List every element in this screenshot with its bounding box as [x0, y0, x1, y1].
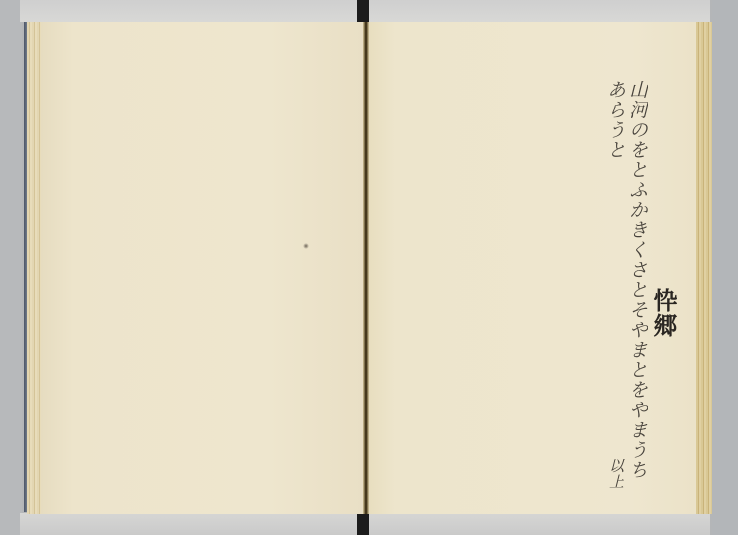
background-left	[0, 0, 22, 535]
left-page	[41, 22, 363, 514]
left-page-edges	[27, 22, 41, 514]
binding-clip-top	[357, 0, 369, 22]
background-right	[712, 0, 738, 535]
calligraphy-attribution: 以上	[606, 458, 627, 490]
right-page-edges	[696, 22, 712, 514]
calligraphy-poem: 山河のをとふかきくさとそやまとをやまうちあらうと	[604, 80, 648, 480]
paper-speck	[303, 243, 309, 249]
calligraphy-title: 忰郷	[646, 288, 681, 338]
binding-clip-bottom	[357, 514, 369, 535]
